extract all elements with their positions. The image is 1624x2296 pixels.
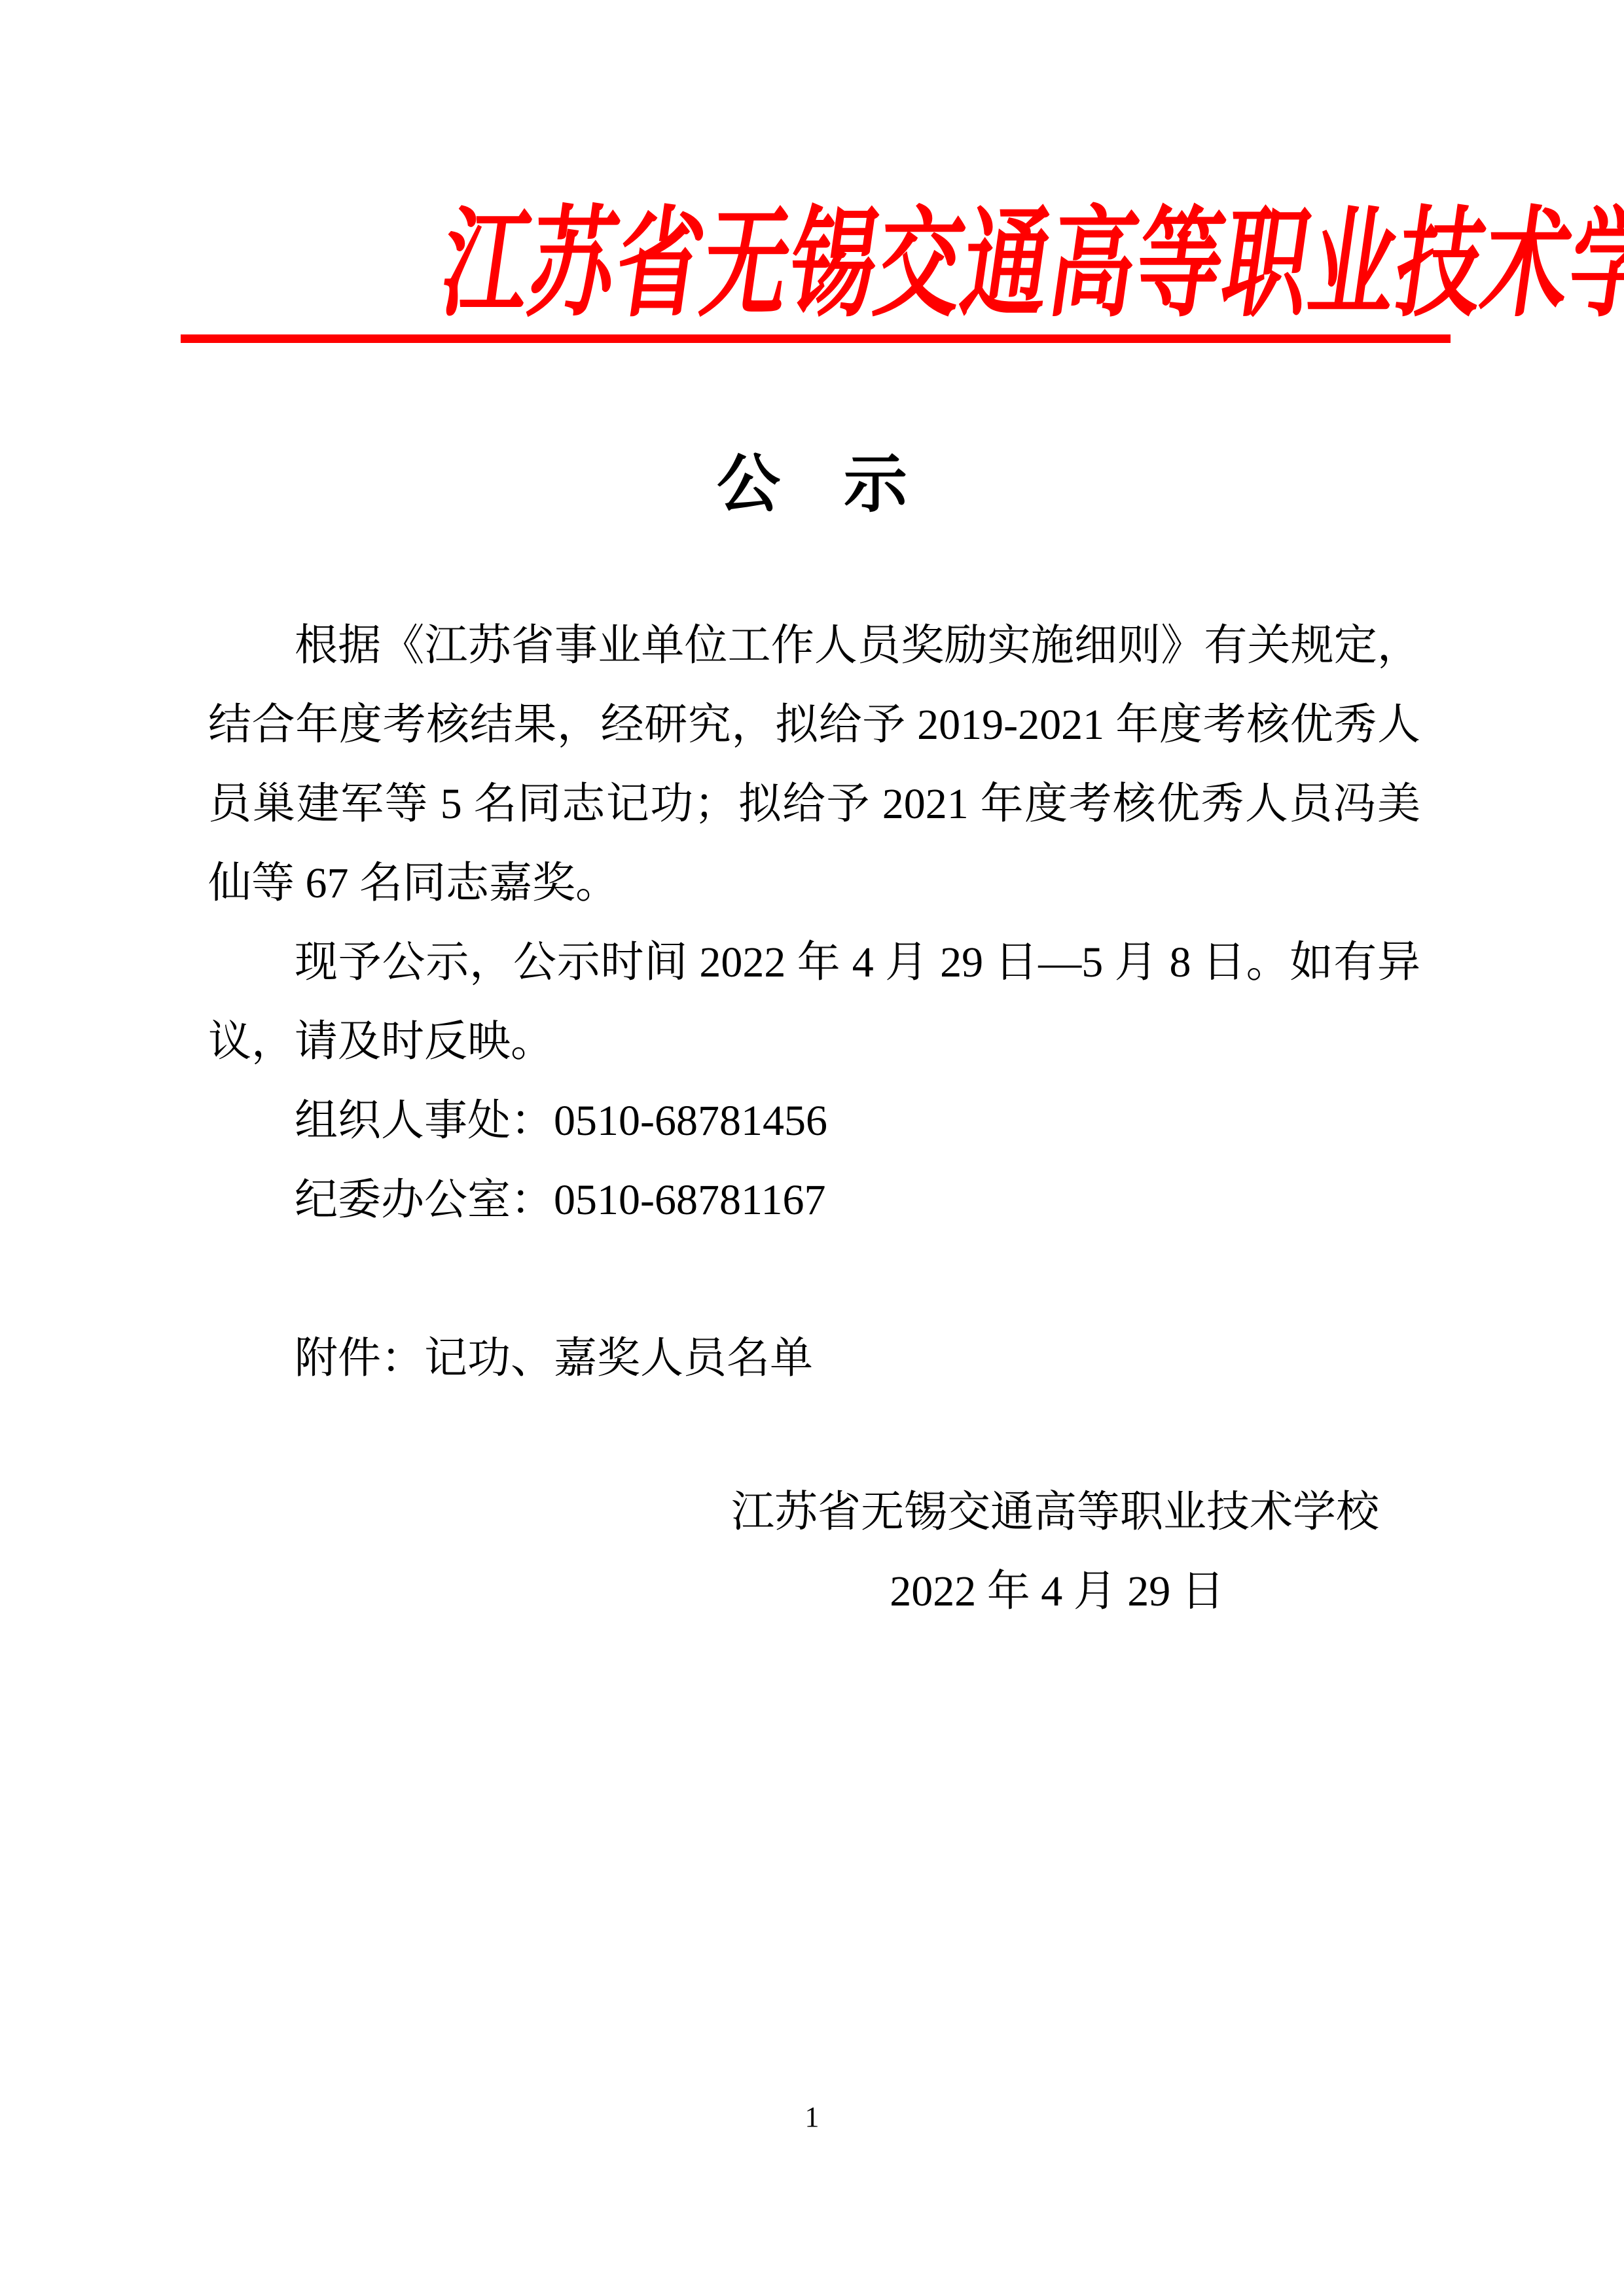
- document-title: 公 示: [0, 445, 1624, 524]
- body-line: 现予公示，公示时间 2022 年 4 月 29 日—5 月 8 日。如有异: [208, 923, 1420, 1002]
- blank-line: [208, 1240, 1420, 1319]
- contact-line: 组织人事处：0510-68781456: [208, 1081, 1420, 1160]
- body-line: 员巢建军等 5 名同志记功；拟给予 2021 年度考核优秀人员冯美: [208, 764, 1420, 844]
- signature-date: 2022 年 4 月 29 日: [890, 1552, 1225, 1631]
- contact-line: 纪委办公室：0510-68781167: [208, 1160, 1420, 1240]
- attachment-line: 附件：记功、嘉奖人员名单: [208, 1319, 1420, 1398]
- document-page: 江苏省无锡交通高等职业技术学校 公 示 根据《江苏省事业单位工作人员奖励实施细则…: [0, 0, 1624, 2296]
- page-number: 1: [0, 2098, 1624, 2137]
- document-body: 根据《江苏省事业单位工作人员奖励实施细则》有关规定， 结合年度考核结果，经研究，…: [208, 606, 1420, 1398]
- body-line: 结合年度考核结果，经研究，拟给予 2019-2021 年度考核优秀人: [208, 685, 1420, 764]
- letterhead-school-name: 江苏省无锡交通高等职业技术学校: [433, 196, 1624, 334]
- body-line: 仙等 67 名同志嘉奖。: [208, 844, 1420, 923]
- body-line: 议，请及时反映。: [208, 1002, 1420, 1081]
- signature-school-name: 江苏省无锡交通高等职业技术学校: [731, 1473, 1379, 1552]
- letterhead: 江苏省无锡交通高等职业技术学校: [181, 196, 1451, 334]
- letterhead-underline: [181, 334, 1451, 343]
- body-line: 根据《江苏省事业单位工作人员奖励实施细则》有关规定，: [208, 606, 1420, 685]
